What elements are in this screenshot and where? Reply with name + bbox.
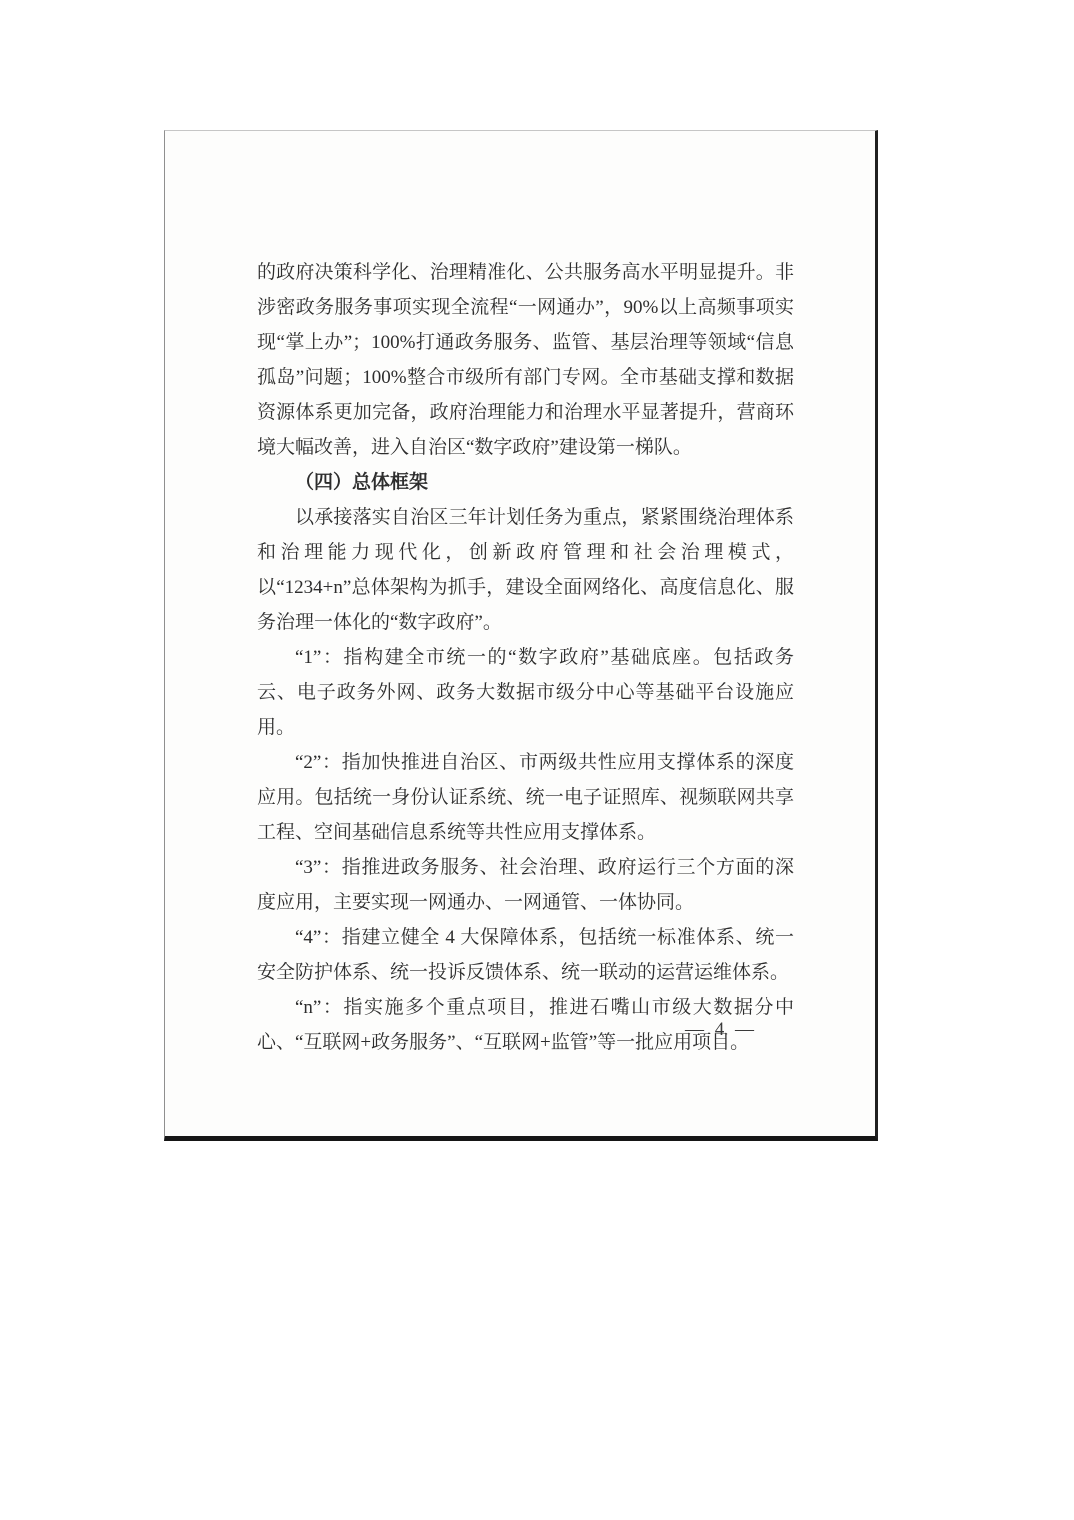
body-paragraph: “4”：指建立健全 4 大保障体系，包括统一标准体系、统一安全防护体系、统一投诉…: [257, 920, 794, 990]
body-paragraph: 的政府决策科学化、治理精准化、公共服务高水平明显提升。非涉密政务服务事项实现全流…: [257, 255, 794, 465]
body-paragraph: “1”：指构建全市统一的“数字政府”基础底座。包括政务云、电子政务外网、政务大数…: [257, 640, 794, 745]
body-paragraph: “2”：指加快推进自治区、市两级共性应用支撑体系的深度应用。包括统一身份认证系统…: [257, 745, 794, 850]
section-heading: （四）总体框架: [257, 465, 794, 500]
body-paragraph: “3”：指推进政务服务、社会治理、政府运行三个方面的深度应用，主要实现一网通办、…: [257, 850, 794, 920]
body-paragraph: 以承接落实自治区三年计划任务为重点，紧紧围绕治理体系和治理能力现代化，创新政府管…: [257, 500, 794, 640]
page-content: 的政府决策科学化、治理精准化、公共服务高水平明显提升。非涉密政务服务事项实现全流…: [257, 255, 794, 1060]
page-number: — 4 —: [685, 1015, 757, 1045]
document-page: 的政府决策科学化、治理精准化、公共服务高水平明显提升。非涉密政务服务事项实现全流…: [164, 130, 878, 1141]
document-viewer: 的政府决策科学化、治理精准化、公共服务高水平明显提升。非涉密政务服务事项实现全流…: [0, 0, 1074, 1520]
